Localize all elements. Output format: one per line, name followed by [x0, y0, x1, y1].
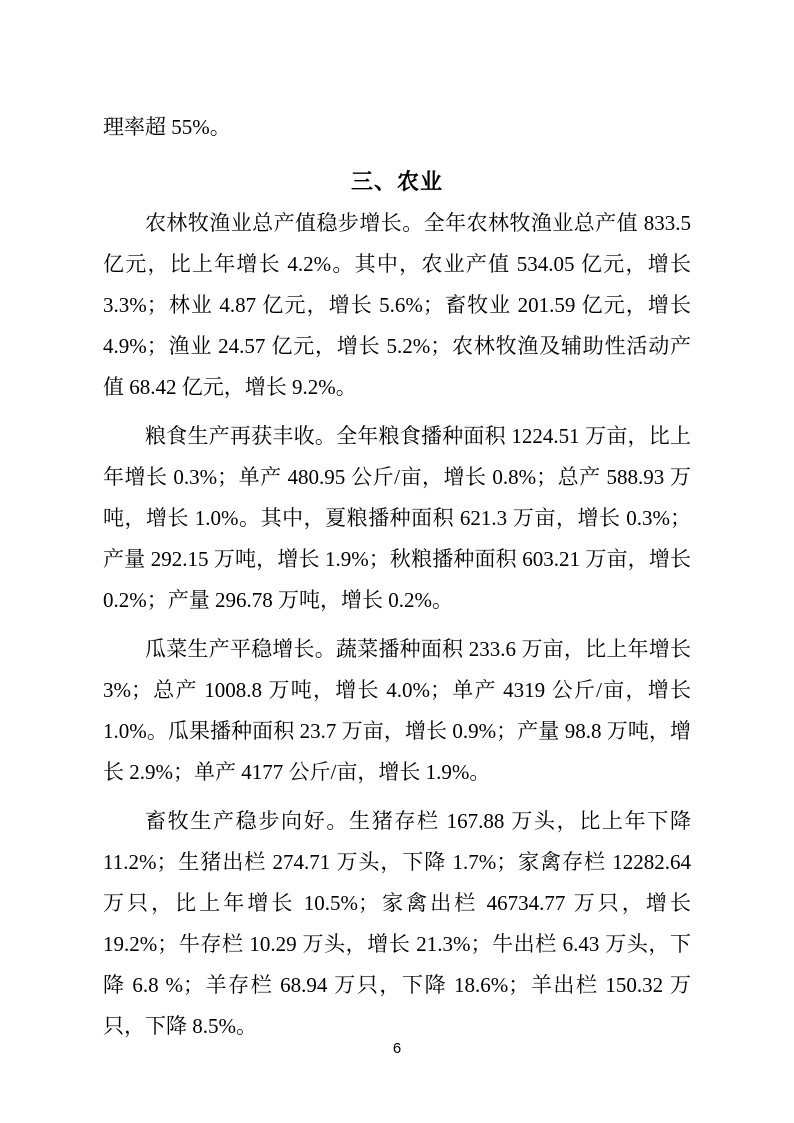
paragraph-lead: 畜牧生产稳步向好。	[145, 809, 349, 833]
paragraph-lead: 农林牧渔业总产值稳步增长。	[145, 211, 424, 235]
paragraph-body: 全年粮食播种面积 1224.51 万亩，比上年增长 0.3%；单产 480.95…	[103, 424, 691, 612]
paragraph-livestock: 畜牧生产稳步向好。生猪存栏 167.88 万头，比上年下降 11.2%；生猪出栏…	[103, 801, 691, 1047]
page-number: 6	[0, 1039, 794, 1059]
paragraph-grain: 粮食生产再获丰收。全年粮食播种面积 1224.51 万亩，比上年增长 0.3%；…	[103, 416, 691, 621]
paragraph-body: 全年农林牧渔业总产值 833.5 亿元，比上年增长 4.2%。其中，农业产值 5…	[103, 211, 691, 399]
document-page: 理率超 55%。 三、农业 农林牧渔业总产值稳步增长。全年农林牧渔业总产值 83…	[0, 0, 794, 1123]
paragraph-continuation: 理率超 55%。	[103, 107, 691, 148]
paragraph-output-value: 农林牧渔业总产值稳步增长。全年农林牧渔业总产值 833.5 亿元，比上年增长 4…	[103, 203, 691, 408]
paragraph-vegetables: 瓜菜生产平稳增长。蔬菜播种面积 233.6 万亩，比上年增长 3%；总产 100…	[103, 629, 691, 793]
paragraph-lead: 粮食生产再获丰收。	[145, 424, 336, 448]
page-content: 理率超 55%。 三、农业 农林牧渔业总产值稳步增长。全年农林牧渔业总产值 83…	[103, 107, 691, 1055]
section-heading: 三、农业	[103, 161, 691, 202]
paragraph-lead: 瓜菜生产平稳增长。	[145, 637, 336, 661]
paragraph-body: 生猪存栏 167.88 万头，比上年下降 11.2%；生猪出栏 274.71 万…	[103, 809, 691, 1038]
